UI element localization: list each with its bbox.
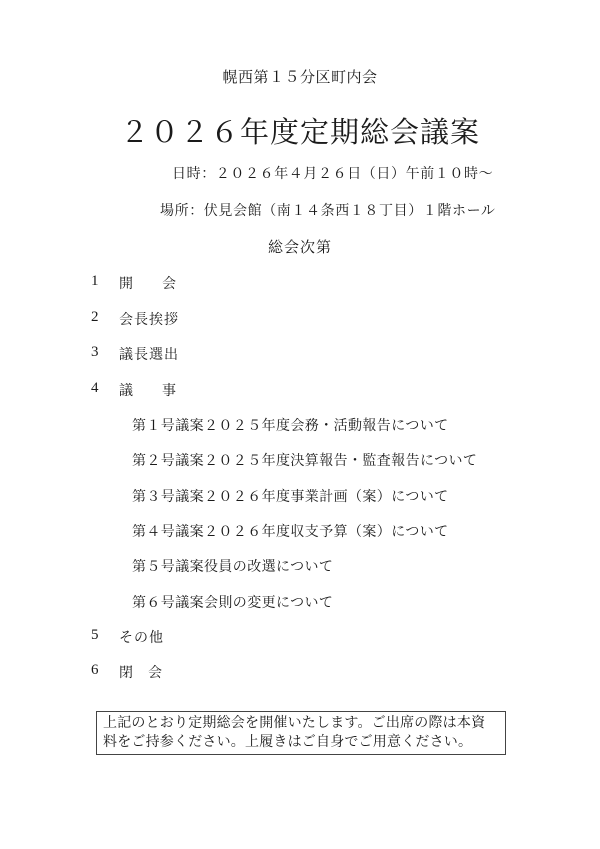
agenda-heading: 総会次第 — [0, 236, 600, 257]
agenda-item-label: 閉会 — [119, 662, 177, 682]
agenda-item-chair-election: 3 議長選出 — [91, 344, 179, 364]
motion-item: 第３号議案 ２０２６年度事業計画（案）について — [132, 486, 449, 506]
agenda-item-number: 2 — [91, 309, 119, 329]
motion-item: 第６号議案 会則の変更について — [132, 592, 333, 612]
agenda-item-other: 5 その他 — [91, 627, 164, 647]
motion-number: 第５号議案 — [132, 556, 204, 576]
agenda-item-label: 議事 — [119, 380, 205, 400]
organization-name: 幌西第１５分区町内会 — [0, 66, 600, 87]
motion-number: 第３号議案 — [132, 486, 204, 506]
agenda-item-label: 議長選出 — [119, 344, 179, 364]
agenda-item-proceedings: 4 議事 — [91, 380, 205, 400]
motion-title: ２０２６年度収支予算（案）について — [204, 521, 449, 541]
motion-title: 役員の改選について — [204, 556, 333, 576]
agenda-item-number: 6 — [91, 662, 119, 682]
agenda-item-label: その他 — [119, 627, 164, 647]
agenda-item-closing: 6 閉会 — [91, 662, 177, 682]
motion-item: 第４号議案 ２０２６年度収支予算（案）について — [132, 521, 449, 541]
agenda-item-label: 開会 — [119, 273, 205, 293]
motion-number: 第４号議案 — [132, 521, 204, 541]
motion-number: 第２号議案 — [132, 450, 204, 470]
motion-item: 第２号議案 ２０２５年度決算報告・監査報告について — [132, 450, 477, 470]
agenda-item-opening: 1 開会 — [91, 273, 205, 293]
agenda-item-label: 会長挨拶 — [119, 309, 179, 329]
meeting-place: 場所：伏見会館（南１４条西１８丁目）１階ホール — [160, 200, 496, 220]
notice-box: 上記のとおり定期総会を開催いたします。ご出席の際は本資料をご持参ください。上履き… — [96, 711, 506, 755]
motion-title: ２０２５年度会務・活動報告について — [204, 415, 449, 435]
meeting-date: 日時：２０２６年４月２６日（日）午前１０時～ — [172, 163, 493, 183]
agenda-item-number: 4 — [91, 380, 119, 400]
motion-number: 第６号議案 — [132, 592, 204, 612]
motion-title: ２０２５年度決算報告・監査報告について — [204, 450, 477, 470]
motion-title: 会則の変更について — [204, 592, 333, 612]
agenda-item-chair-greeting: 2 会長挨拶 — [91, 309, 179, 329]
motion-number: 第１号議案 — [132, 415, 204, 435]
document-title: ２０２６年度定期総会議案 — [0, 110, 600, 151]
agenda-item-number: 3 — [91, 344, 119, 364]
motion-title: ２０２６年度事業計画（案）について — [204, 486, 449, 506]
motion-item: 第５号議案 役員の改選について — [132, 556, 333, 576]
motion-item: 第１号議案 ２０２５年度会務・活動報告について — [132, 415, 449, 435]
agenda-item-number: 1 — [91, 273, 119, 293]
agenda-item-number: 5 — [91, 627, 119, 647]
